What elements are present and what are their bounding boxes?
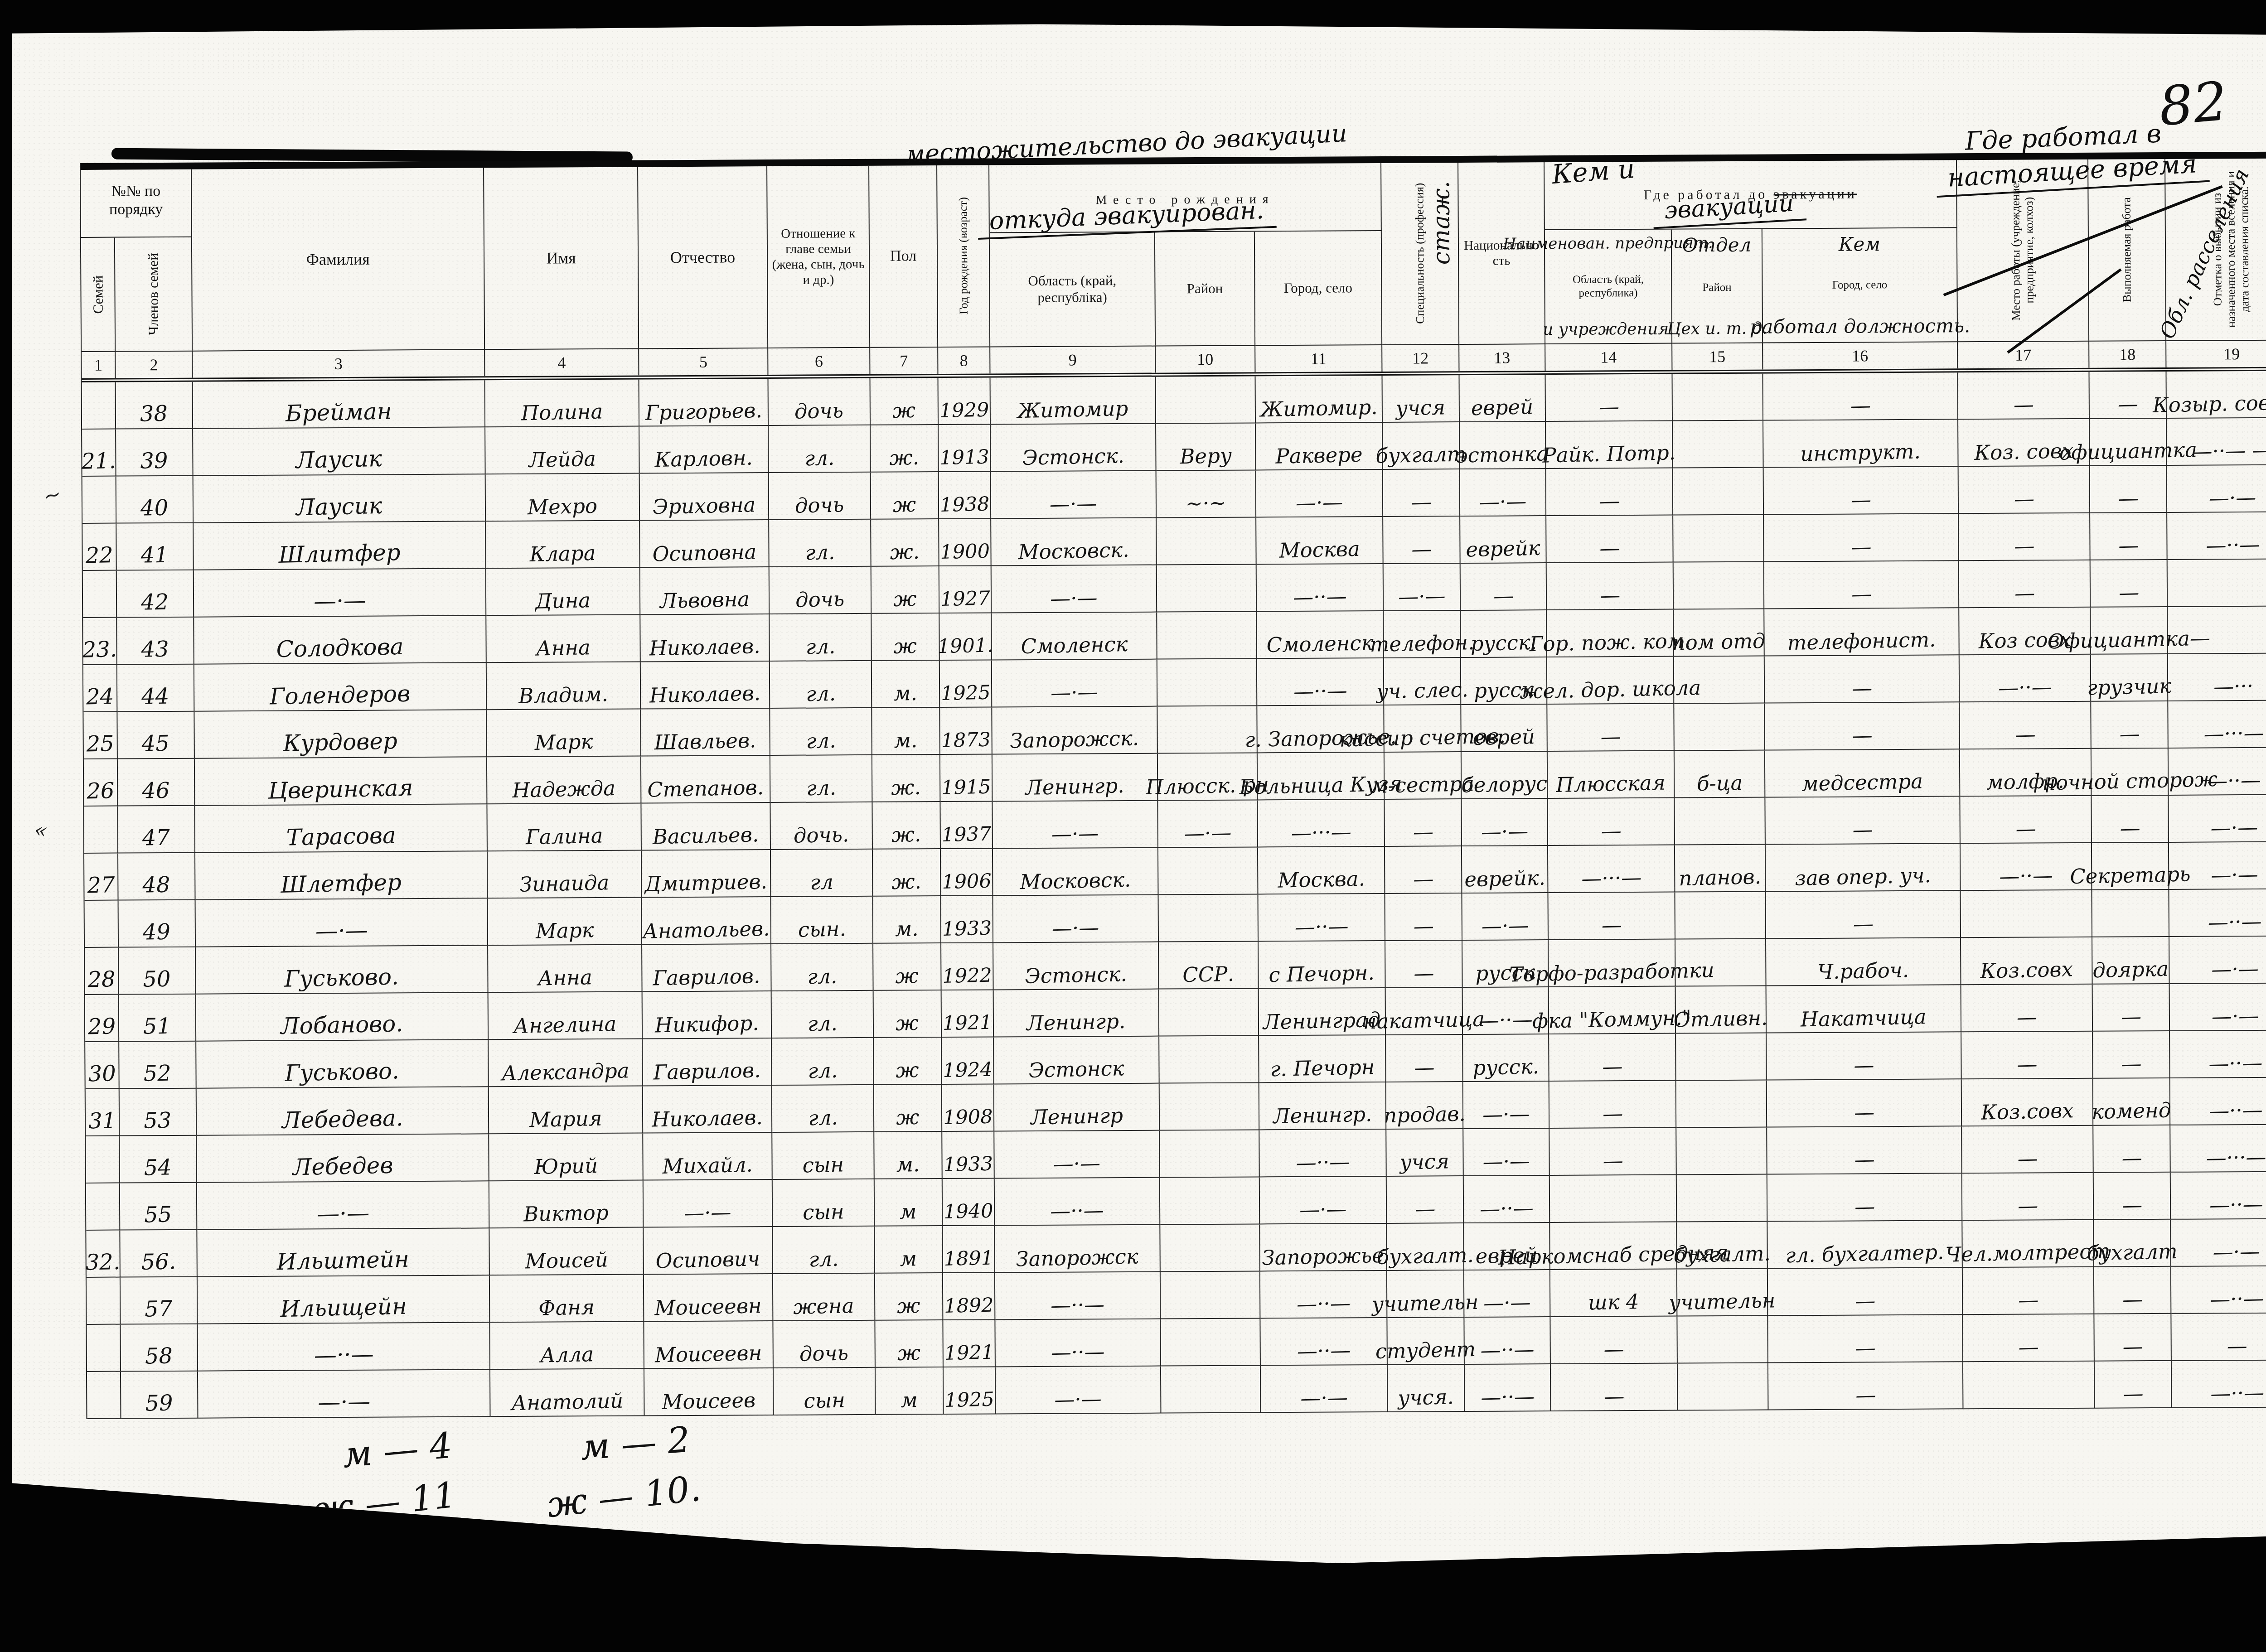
row-cell-col17: Чел.молтрест [1962,1220,2094,1268]
handwritten-entry: эстонка [1456,443,1549,466]
row-cell-col4: Владим. [487,662,641,710]
header-family-members-label: Членов семей [145,253,162,335]
handwritten-entry: инструкт. [1800,441,1921,464]
row-cell-col16: — [1768,1315,1963,1363]
row-cell-col7: ж [875,1273,944,1321]
row-cell-col9: —·— [992,565,1157,613]
handwritten-entry: еврейк. [1464,868,1545,890]
row-cell-col14: фка "Коммун." [1549,987,1676,1034]
row-cell-col4: Галина [487,804,642,852]
row-cell-col16: гл. бухгалтер. [1767,1221,1963,1269]
row-cell-col10 [1157,517,1257,565]
row-cell-col12: учся [1386,1129,1464,1177]
row-cell-col10 [1158,894,1259,942]
row-cell-col1: 26 [84,759,118,807]
row-cell-col6: сын [772,1132,875,1180]
handwritten-entry: Плюсская [1556,773,1666,795]
row-cell-col12: — [1386,1035,1463,1082]
row-cell-col11: Ленингр. [1259,1082,1387,1130]
row-cell-col9: Житомир [991,377,1157,425]
handwritten-entry: Лаусик [296,494,383,519]
handwritten-entry: гл [810,872,833,893]
handwritten-entry: русск. [1470,632,1537,654]
handwritten-entry: —··— [2208,1053,2263,1074]
handwritten-entry: Шавльев. [654,730,756,753]
row-cell-col9: —·— [993,895,1159,943]
row-cell-col6: гл. [773,1227,875,1274]
header-speciality: Специальность (профессия)стаж. [1381,163,1459,344]
handwritten-entry: гл. [807,966,838,987]
handwritten-entry: —·— [1051,681,1098,703]
scanned-document: 82 ~ « местожительство до эвакуации отку… [0,0,2266,1652]
row-cell-col14: — [1546,516,1674,563]
row-cell-col16: — [1764,467,1959,515]
handwritten-entry: —··— [2208,911,2262,933]
row-cell-col6: дочь [773,1321,876,1368]
handwritten-entry: —··— [2209,1288,2264,1310]
row-cell-col8: 1922 [941,943,994,990]
handwritten-entry: —·— [1483,1292,1531,1313]
row-cell-col10 [1157,565,1257,612]
row-cell-col11: Москва. [1258,847,1385,894]
row-cell-col2: 57 [121,1277,198,1325]
handwritten-entry: ж. [891,824,921,845]
handwritten-entry: ж [894,636,917,657]
handwritten-entry: —··— [2207,770,2261,792]
row-cell-col8: 1873 [940,707,993,755]
handwritten-entry: Москва. [1278,869,1365,891]
row-cell-col19 [2168,606,2266,654]
handwritten-entry: 24 [86,686,114,708]
handwritten-entry: — [1600,726,1621,747]
handwritten-entry: —·— [2211,864,2258,885]
margin-pen-mark: « [33,817,48,843]
handwritten-entry: — [2121,1053,2141,1074]
row-cell-col1 [82,382,116,430]
row-cell-col14: Торфо-разработки [1549,940,1676,987]
row-cell-col17: — [1962,1173,2094,1221]
header-relation: Отношение к главе семьи (жена, сын, дочь… [767,166,870,348]
handwritten-entry: 1915 [941,778,991,798]
row-cell-col17 [1961,890,2092,938]
handwritten-entry: ж [897,1343,921,1363]
handwritten-entry: 25 [86,733,114,755]
handwritten-entry: —·— [1299,1198,1346,1220]
row-cell-col6: дочь [770,567,872,614]
row-cell-col8: 1921 [942,990,994,1038]
handwritten-entry: — [1414,1057,1434,1078]
row-cell-col8: 1933 [942,1131,995,1179]
row-cell-col10 [1157,612,1257,659]
row-cell-col13: —·— [1464,1270,1551,1318]
row-cell-col8: 1913 [939,425,991,472]
row-cell-col18: — [2091,701,2169,749]
row-cell-col4: Фаня [490,1275,644,1323]
row-cell-col7: м. [872,661,940,708]
handwritten-entry: м [901,1390,918,1410]
handwritten-entry: 53 [144,1109,172,1131]
handwritten-entry: 1925 [944,1390,994,1410]
row-cell-col17: — [1960,702,2092,750]
row-cell-col4: Полина [485,380,640,428]
handwritten-entry: —··— [1479,1198,1534,1219]
handwritten-entry: Смоленск [1021,634,1128,657]
row-cell-col14: —···— [1548,845,1675,893]
row-cell-col15: учительн [1677,1269,1768,1317]
registration-table: местожительство до эвакуации откуда эвак… [80,151,2266,1419]
header-sex: Пол [869,165,938,347]
handwritten-entry: — [2017,1148,2038,1169]
handwritten-entry: — [1853,913,1874,934]
row-cell-col16: Накатчица [1767,985,1962,1033]
row-cell-col6: дочь [769,473,872,520]
handwritten-entry: — [1599,491,1620,512]
handwritten-entry: —·— [2210,817,2258,838]
handwritten-entry: Ильищейн [280,1295,407,1320]
row-cell-col3: Лобаново. [196,993,489,1041]
handwritten-entry: 49 [143,921,171,943]
row-cell-col3: —··— [198,1323,490,1371]
handwritten-entry: Михайл. [662,1154,753,1177]
row-cell-col9: —··— [995,1178,1161,1226]
handwritten-entry: гл. [805,542,835,563]
handwritten-entry: пом отд [1672,631,1766,653]
handwritten-entry: ССР. [1182,964,1234,985]
row-cell-col10 [1158,847,1259,895]
handwritten-entry: м. [896,1154,920,1175]
handwritten-entry: м [900,1248,917,1269]
row-cell-col17: — [1959,560,2091,609]
handwritten-entry: 27 [87,874,115,896]
header-town-label: Город, село [1284,280,1352,296]
row-cell-col12: — [1385,941,1463,988]
row-cell-col11: с Печорн. [1259,941,1386,989]
row-cell-col8: 1927 [939,566,992,613]
row-cell-col16: — [1763,372,1958,420]
handwritten-entry: Моисеевн [655,1343,762,1365]
row-cell-col12: — [1385,799,1462,847]
row-cell-col1 [84,807,118,854]
row-cell-col12: — [1383,469,1461,517]
handwritten-entry: Григорьев. [645,400,762,423]
handwritten-entry: 1873 [941,730,991,751]
row-cell-col17: Коз.совх [1961,937,2093,985]
handwritten-entry: Полина [521,401,603,423]
handwritten-entry: 47 [142,826,170,849]
handwritten-entry: Николаев. [652,1107,763,1130]
row-cell-col6: гл. [769,520,872,567]
row-cell-col13: —··— [1464,1176,1550,1223]
handwritten-entry: Алла [540,1344,594,1366]
row-cell-col11: Смоленск [1257,611,1384,659]
row-cell-col1 [85,901,119,948]
row-cell-col11: —··— [1260,1271,1388,1319]
header-patronymic: Отчество [638,166,768,348]
handwritten-entry: —··— [1296,1293,1351,1314]
handwritten-entry: жена [793,1295,854,1317]
row-cell-col3: —·— [194,569,487,617]
handwritten-entry: — [2227,1336,2247,1357]
row-cell-col9: Московск. [991,518,1157,566]
row-cell-col8: 1940 [943,1179,995,1226]
handwritten-entry: Запорожск [1016,1246,1139,1269]
row-cell-col11: —··— [1259,1130,1387,1177]
row-cell-col12: — [1383,517,1461,564]
handwritten-entry: —·— [2211,958,2259,980]
handwritten-entry: —···— [1581,867,1641,889]
handwritten-entry: 1892 [944,1296,994,1316]
handwritten-entry: Чел.молтрест [1945,1241,2110,1265]
handwritten-entry: — [2119,724,2140,744]
row-cell-col4: Виктор [489,1181,644,1229]
handwritten-entry: Львовна [659,589,750,611]
handwritten-entry: 1906 [942,872,992,892]
handwritten-entry: Галина [525,825,603,847]
handwritten-entry: — [1413,821,1433,842]
handwritten-entry: Фаня [538,1297,595,1319]
row-cell-col11: —··— [1257,658,1385,706]
row-cell-col11: —·— [1261,1365,1388,1413]
row-cell-col13: еврей [1461,705,1548,752]
column-number: 12 [1382,344,1459,372]
row-cell-col14: — [1547,704,1675,752]
row-cell-col14: Гор. пож. ком. [1547,610,1674,657]
row-cell-col15: планов. [1675,845,1766,893]
handwritten-entry: —··— [1478,1009,1533,1031]
handwritten-entry: 1933 [942,919,992,939]
row-cell-col6: гл. [772,991,874,1039]
row-cell-col9: —·— [991,471,1157,519]
handwritten-entry: — [2016,1054,2037,1075]
column-number: 14 [1545,343,1672,371]
handwritten-entry: Раквере [1275,444,1363,467]
handwritten-entry: гл. [808,1060,838,1081]
handwritten-entry: планов. [1679,866,1762,889]
row-cell-col7: ж [874,1038,942,1085]
handwritten-entry: Гаврилов. [653,1060,761,1082]
row-cell-col9: Ленингр. [994,990,1160,1038]
header-enterprise: Наименован. предприят.Область (край, рес… [1545,230,1672,343]
row-cell-col2: 52 [119,1042,197,1089]
row-cell-col4: Клара [486,521,640,569]
handwritten-entry: 50 [143,968,171,990]
row-cell-col7: ж. [872,802,941,850]
row-cell-col10 [1161,1366,1261,1413]
row-cell-col17: — [1959,513,2091,561]
handwritten-entry: — [2120,818,2140,839]
handwritten-entry: Козыр. совхоз. [2152,391,2266,415]
handwritten-entry: —·— [1295,492,1343,513]
row-cell-col3: Брейман [193,380,486,429]
header-surname-label: Фамилия [306,249,369,269]
handwritten-entry: — [2015,724,2036,745]
row-cell-col10 [1160,1130,1260,1178]
row-cell-col16: — [1765,702,1960,750]
row-cell-col4: Моисей [489,1228,644,1276]
row-cell-col9: Эстонск. [993,942,1159,990]
column-number: 16 [1763,341,1958,369]
row-cell-col16: — [1768,1362,1964,1410]
row-cell-col12: накатчица [1386,988,1463,1035]
row-cell-col11: Москва [1256,517,1384,565]
row-cell-col9: —··— [995,1272,1161,1320]
handwritten-entry: Гуськово. [285,1059,399,1085]
row-cell-col14: шк 4 [1550,1270,1678,1317]
handwritten-entry: — [1851,584,1872,604]
row-cell-col2: 53 [120,1089,197,1136]
row-cell-col19: —·— [2169,795,2266,843]
row-cell-col10 [1161,1319,1261,1366]
table-core: №№ по порядку Семей Членов семей Фамилия… [80,151,2266,1419]
row-cell-col9: Московск. [993,848,1159,896]
handwritten-entry: ж [892,400,916,421]
row-cell-col17: Коз.совх [1962,1079,2094,1127]
row-cell-col5: Васильев. [641,803,771,850]
handwritten-entry: —·— [2213,1241,2260,1262]
handwritten-entry: —··— [2210,1382,2264,1404]
printed-town2: Город, село [1832,278,1888,292]
handwritten-entry: гл. [805,636,836,657]
handwritten-entry: 1933 [943,1154,993,1175]
row-cell-col11: —··— [1258,894,1385,942]
row-cell-col7: ж [872,566,940,614]
handwritten-entry: дочь [795,589,845,610]
row-cell-col10 [1159,989,1259,1036]
row-cell-col18: — [2094,1267,2172,1314]
handwritten-entry: сын [804,1390,845,1411]
row-cell-col6: гл. [771,944,874,991]
row-cell-col4: Дина [486,568,641,616]
row-cell-col1 [87,1372,121,1419]
row-cell-col2: 42 [117,570,194,618]
row-cell-col12: продав. [1386,1082,1464,1130]
handwritten-entry: Николаев. [649,636,760,659]
handwritten-entry: —·— [684,1202,731,1223]
row-cell-col18: — [2090,466,2168,513]
handwritten-entry: 1938 [939,495,989,515]
row-cell-col3: Шлетфер [195,851,488,900]
row-cell-col14: — [1547,563,1674,610]
row-cell-col10 [1157,659,1258,706]
row-cell-col1: 21. [82,430,116,477]
row-cell-col7: ж [871,378,939,425]
header-district: Район [1155,232,1255,345]
handwritten-entry: Марк [535,920,594,942]
row-cell-col19: —···— [2168,700,2266,749]
handwritten-entry: — [1411,492,1432,512]
row-cell-col19: —·— [2169,842,2266,890]
handwritten-entry: Владим. [518,684,609,706]
row-cell-col14: — [1548,798,1675,846]
handwritten-entry: —··· [2213,676,2254,697]
handwritten-entry: Московск. [1018,540,1129,563]
row-cell-col11: —···— [1258,800,1385,847]
row-cell-col18: — [2093,984,2170,1032]
header-nationality: Национальность [1458,162,1545,344]
header-speciality-label: Специальность (профессия) [1413,183,1427,324]
handwritten-entry: Анатолий [511,1391,623,1414]
row-cell-col9: Эстонск [994,1037,1160,1085]
row-cell-col2: 47 [118,806,195,854]
row-cell-col1 [86,1136,120,1183]
handwritten-entry: 41 [140,544,169,566]
row-cell-col12: телефон. [1384,611,1461,658]
row-cell-col7: ж [875,1320,944,1368]
handwritten-entry: 30 [88,1063,116,1085]
handwritten-entry: ж. [890,541,920,562]
row-cell-col5: Николаев. [640,614,770,662]
handwritten-entry: Отливн. [1674,1008,1768,1030]
handwritten-entry: Лобаново. [281,1012,403,1038]
row-cell-col19: Козыр. совхоз. [2166,371,2266,419]
row-cell-col13: —··— [1464,1317,1551,1365]
handwritten-entry: учся [1400,1151,1450,1172]
row-cell-col19: —··— [2171,1266,2266,1314]
handwritten-entry: — [1413,963,1434,984]
row-cell-col11: —·— [1256,470,1384,517]
row-cell-col5: Моисеевн [644,1274,774,1322]
handwritten-entry: Московск. [1020,869,1131,893]
handwritten-entry: дочь [799,1343,849,1364]
row-cell-col5: Дмитриев. [642,850,771,898]
handwritten-entry: 23. [82,638,117,661]
row-cell-col7: м [875,1179,943,1227]
column-number: 2 [116,351,193,378]
row-cell-col5: Анатольев. [642,897,772,945]
row-cell-col17 [1963,1362,2095,1410]
row-cell-col12: — [1385,846,1462,894]
row-cell-col1: 30 [85,1042,120,1089]
row-cell-col9: Запорожск. [992,707,1158,755]
handwritten-entry: Ч.рабоч. [1817,960,1909,982]
handwritten-entry: —··— [1480,1339,1535,1361]
handwritten-entry: гл. [807,1013,838,1034]
handwritten-entry: Тарасова [286,824,396,849]
handwritten-entry: — [1598,396,1619,417]
handwritten-entry: еврей [1473,726,1535,748]
row-cell-col5: Николаев. [641,662,770,709]
handwritten-entry: с Печорн. [1269,962,1375,985]
row-cell-col14: — [1549,1034,1676,1082]
handwritten-entry: Анна [536,637,591,659]
row-cell-col2: 46 [118,759,195,807]
handwritten-entry: Запорожск. [1010,728,1139,751]
row-cell-col17: — [1960,796,2092,844]
row-cell-col16: — [1768,1268,1963,1316]
row-cell-col8: 1933 [941,896,993,943]
row-cell-col3: Ильищейн [198,1275,490,1324]
handwritten-entry: Осиповна [652,541,757,564]
handwritten-entry: Лаусик [295,447,383,472]
handwritten-entry: 58 [145,1345,173,1367]
handwritten-entry: — [1411,539,1432,560]
row-cell-col7: ж [874,990,942,1038]
handwritten-entry: —·— [1481,821,1528,842]
handwritten-entry: —·— [2211,1005,2259,1027]
header-family-members: Членов семей [115,237,193,351]
row-cell-col2: 41 [116,523,194,571]
handwritten-entry: Александра [501,1060,629,1083]
handwritten-entry: Карловн. [654,447,753,470]
row-cell-col19: —·— [2169,936,2266,984]
row-cell-col12: —·— [1384,564,1461,611]
handwritten-entry: 38 [140,402,168,425]
header-town: Город, село [1255,231,1382,345]
handwritten-entry: зав опер. уч. [1795,865,1931,889]
handwritten-entry: 55 [144,1203,172,1226]
row-cell-col6: гл. [772,1085,875,1133]
row-cell-col8: 1900 [939,519,992,566]
